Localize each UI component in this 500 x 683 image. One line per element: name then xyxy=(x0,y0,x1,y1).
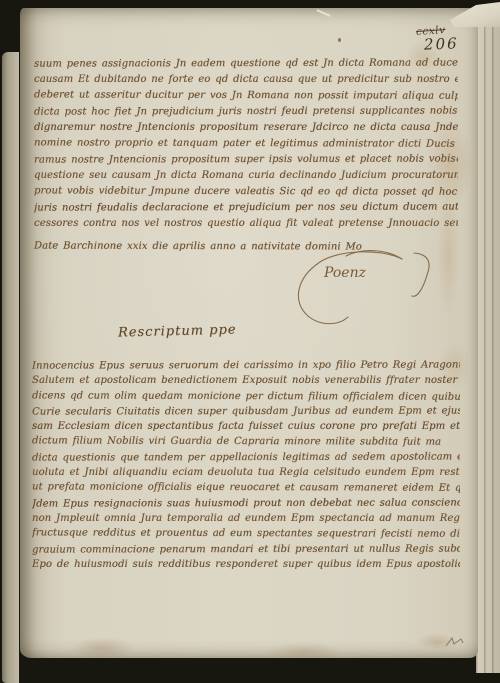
text-block-upper: suum penes assignacionis Jn eadem questi… xyxy=(34,56,458,251)
manuscript-line: uoluta et Jnibi aliquandiu eciam deuolut… xyxy=(32,465,460,480)
paper-fiber xyxy=(316,9,331,17)
manuscript-line: suum penes assignacionis Jn eadem questi… xyxy=(34,56,458,73)
manuscript-line: dignaremur nostre Jntencionis propositum… xyxy=(34,120,458,136)
manuscript-line: grauium comminacione penarum mandari et … xyxy=(32,541,460,557)
manuscript-line: fructusque redditus et prouentus ad eum … xyxy=(32,526,460,543)
manuscript-line: Curie secularis Ciuitatis dicen super qu… xyxy=(32,403,460,419)
manuscript-line: Innocencius Epus seruus seruorum dei car… xyxy=(32,358,460,374)
manuscript-line: prout vobis videbitur Jmpune ducere vale… xyxy=(34,183,458,200)
manuscript-line: juris nostri feudalis declaracione et pr… xyxy=(34,199,458,216)
book-page-stack-edge xyxy=(492,5,500,673)
flourish-c-sweep xyxy=(298,252,402,324)
manuscript-line: dicens qd cum olim quedam monicione per … xyxy=(32,388,460,405)
signature-text: Poenz xyxy=(323,265,367,281)
signature-flourish: Poenz xyxy=(288,244,443,334)
ink-dot xyxy=(338,38,341,42)
manuscript-line: non Jmpleuit omnia Jura temporalia ad eu… xyxy=(32,511,460,526)
manuscript-page: ccxlv 206 suum penes assignacionis Jn ea… xyxy=(20,8,478,658)
manuscript-line: Salutem et apostolicam benedictionem Exp… xyxy=(32,373,460,388)
text-block-lower: Innocencius Epus seruus seruorum dei car… xyxy=(32,358,460,576)
manuscript-line: dicta questionis que tandem per appellac… xyxy=(32,449,460,465)
manuscript-line: cessores contra nos vel nostros questio … xyxy=(34,216,458,232)
manuscript-line: Epo de huiusmodi suis redditibus respond… xyxy=(32,557,460,572)
manuscript-line: ramus nostre Jntencionis propositum supe… xyxy=(34,151,458,168)
pen-mark-icon xyxy=(444,634,466,648)
manuscript-line: causam Et dubitando ne forte eo qd dicta… xyxy=(34,72,458,88)
underlying-page-edge-left xyxy=(2,52,19,683)
photo-background: ccxlv 206 suum penes assignacionis Jn ea… xyxy=(0,0,500,683)
book-page-stack-edge xyxy=(484,5,492,673)
manuscript-line: Jdem Epus resignacionis suas huiusmodi p… xyxy=(32,495,460,511)
section-heading: Rescriptum ppe xyxy=(118,322,237,340)
manuscript-line: sam Ecclesiam dicen spectantibus facta f… xyxy=(32,419,460,434)
manuscript-line: questione seu causam Jn dicta Romana cur… xyxy=(34,168,458,184)
manuscript-line: dictum filium Nobilis viri Guardia de Ca… xyxy=(32,434,460,451)
manuscript-line: nomine nostro proprio et tanquam pater e… xyxy=(34,135,458,152)
manuscript-line: dicta post hoc fiet Jn prejudicium juris… xyxy=(34,103,458,120)
manuscript-line: ut prefata monicione officialis eique re… xyxy=(32,480,460,497)
manuscript-line: deberet ut asseritur ducitur per vos Jn … xyxy=(34,87,458,104)
flourish-right-tail xyxy=(412,253,429,296)
folio-number-arabic: 206 xyxy=(424,34,459,53)
